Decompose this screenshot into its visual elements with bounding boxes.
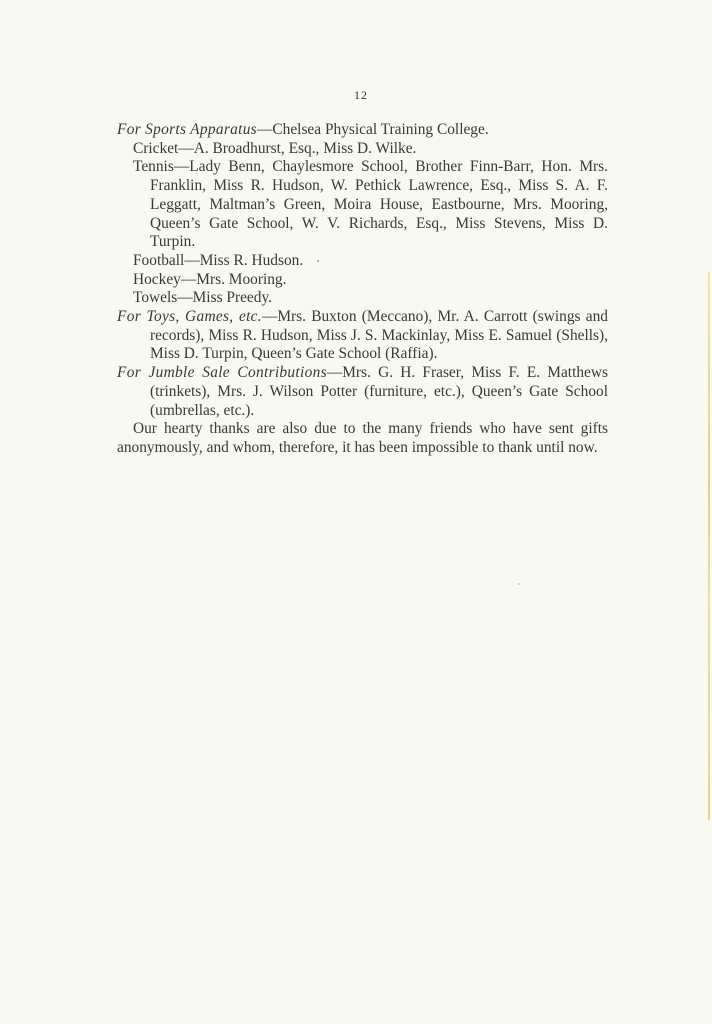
tennis-entry: Tennis—Lady Benn, Chaylesmore School, Br… [117, 158, 608, 252]
hockey-entry: Hockey—Mrs. Mooring. [117, 271, 608, 290]
toys-games-heading: For Toys, Games, etc. [117, 308, 262, 325]
page-number: 12 [0, 88, 712, 103]
football-entry: Football—Miss R. Hudson. [117, 252, 608, 271]
football-text: —Miss R. Hudson. [184, 252, 303, 269]
sports-apparatus-text: —Chelsea Physical Training College. [257, 121, 489, 138]
tennis-text: —Lady Benn, Chaylesmore School, Brother … [150, 158, 608, 250]
tennis-label: Tennis [133, 158, 174, 175]
towels-text: —Miss Preedy. [177, 289, 272, 306]
jumble-sale-heading: For Jumble Sale Contributions [117, 364, 327, 381]
sports-apparatus-heading: For Sports Apparatus [117, 121, 257, 138]
ink-speck [317, 260, 319, 262]
toys-games-entry: For Toys, Games, etc.—Mrs. Buxton (Mecca… [117, 308, 608, 364]
hockey-label: Hockey [133, 271, 181, 288]
acknowledgements-list: For Sports Apparatus—Chelsea Physical Tr… [117, 121, 608, 458]
towels-label: Towels [133, 289, 177, 306]
jumble-sale-entry: For Jumble Sale Contributions—Mrs. G. H.… [117, 364, 608, 420]
towels-entry: Towels—Miss Preedy. [117, 289, 608, 308]
hockey-text: —Mrs. Mooring. [181, 271, 287, 288]
football-label: Football [133, 252, 184, 269]
cricket-entry: Cricket—A. Broadhurst, Esq., Miss D. Wil… [117, 140, 608, 159]
cricket-label: Cricket [133, 140, 178, 157]
cricket-text: —A. Broadhurst, Esq., Miss D. Wilke. [178, 140, 416, 157]
closing-paragraph: Our hearty thanks are also due to the ma… [117, 420, 608, 457]
paper-speck [518, 583, 520, 585]
sports-apparatus-entry: For Sports Apparatus—Chelsea Physical Tr… [117, 121, 608, 140]
page-edge-line [708, 272, 710, 820]
